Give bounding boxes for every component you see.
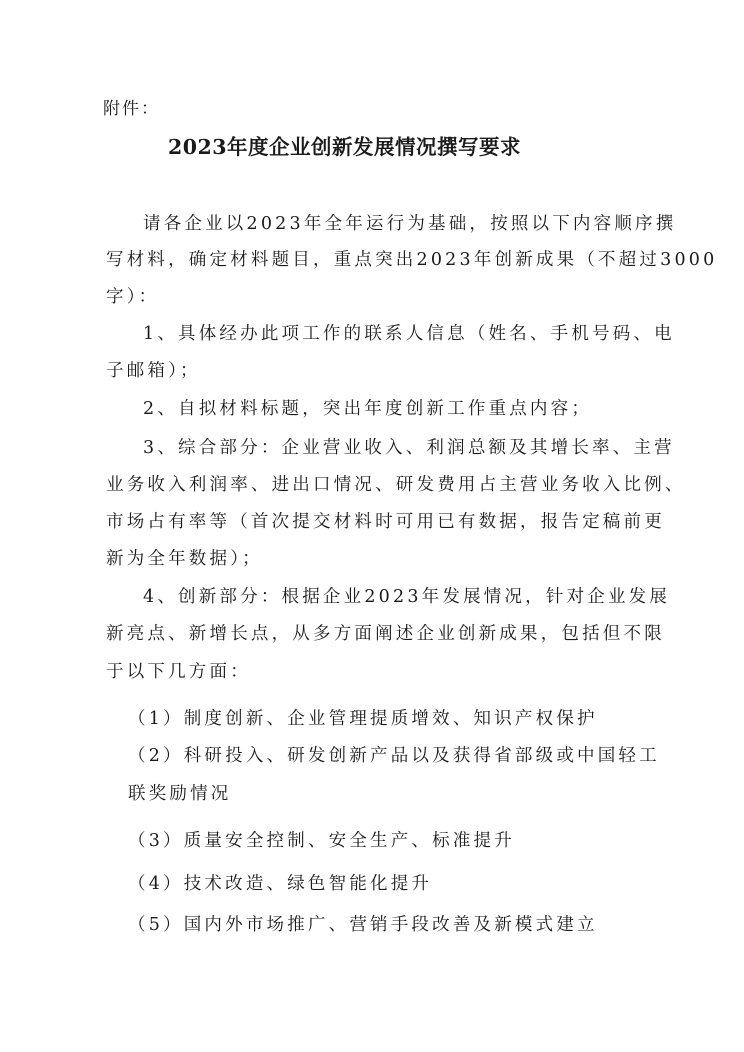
text-line: （5）国内外市场推广、营销手段改善及新模式建立 xyxy=(128,911,598,936)
text-line: 联奖励情况 xyxy=(128,780,232,805)
text-line: （3）质量安全控制、安全生产、标准提升 xyxy=(128,827,515,852)
text-line: 新亮点、新增长点，从多方面阐述企业创新成果，包括但不限 xyxy=(106,620,665,645)
text-line: 4、创新部分：根据企业2023年发展情况，针对企业发展 xyxy=(143,583,670,608)
attachment-label: 附件： xyxy=(103,94,160,119)
text-line: 1、具体经办此项工作的联系人信息（姓名、手机号码、电 xyxy=(143,320,675,345)
text-line: （2）科研投入、研发创新产品以及获得省部级或中国轻工 xyxy=(128,742,660,767)
text-line: （4）技术改造、绿色智能化提升 xyxy=(128,870,432,895)
text-line: 字）： xyxy=(106,283,159,308)
text-line: 于以下几方面： xyxy=(106,658,251,683)
text-line: 子邮箱）； xyxy=(106,357,201,382)
text-line: 2、自拟材料标题，突出年度创新工作重点内容； xyxy=(143,395,592,420)
text-line: 3、综合部分：企业营业收入、利润总额及其增长率、主营 xyxy=(143,434,675,459)
text-line: 业务收入利润率、进出口情况、研发费用占主营业务收入比例、 xyxy=(106,471,686,496)
text-line: 请各企业以2023年全年运行为基础，按照以下内容顺序撰 xyxy=(143,210,676,235)
text-line: 写材料，确定材料题目，重点突出2023年创新成果（不超过3000 xyxy=(106,246,717,271)
text-line: 市场占有率等（首次提交材料时可用已有数据，报告定稿前更 xyxy=(106,508,665,533)
text-line: 新为全年数据）； xyxy=(106,545,263,570)
text-line: （1）制度创新、企业管理提质增效、知识产权保护 xyxy=(128,705,598,730)
document-title: 2023年度企业创新发展情况撰写要求 xyxy=(168,130,521,160)
